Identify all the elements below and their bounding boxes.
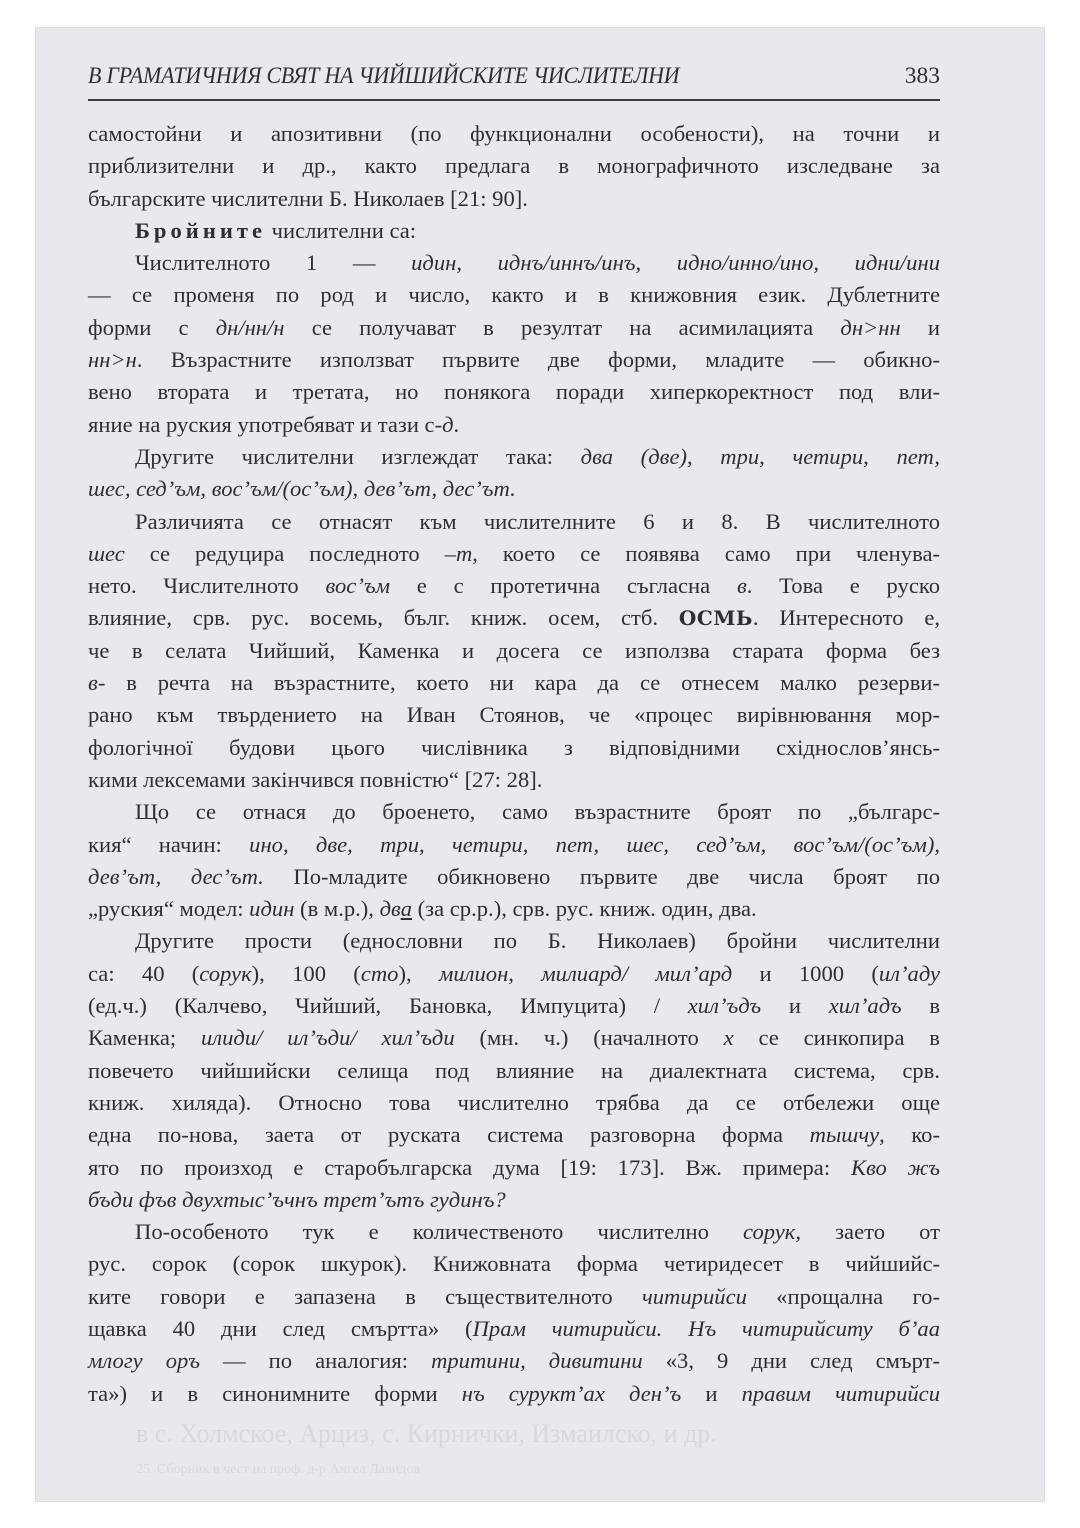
text-run: дн/нн/н	[216, 315, 285, 340]
text-run: кия“ начин:	[88, 832, 249, 857]
show-through-footnote: 25. Сборник в чест на проф. д-р Ангел Да…	[136, 1462, 420, 1478]
text-run: и	[681, 1381, 741, 1406]
text-run: книж. хиляда). Относно това числително т…	[88, 1090, 940, 1115]
text-run: д	[442, 412, 453, 437]
text-line: бъди фъв двухтыс’ъчнъ трет’ътъ гудинъ?	[88, 1184, 940, 1216]
text-run: ято по произход е старобългарска дума [1…	[88, 1155, 851, 1180]
text-line: Числителното 1 — идин, иднъ/иннъ/инъ, ид…	[88, 247, 940, 279]
text-run: „руския“ модел:	[88, 896, 249, 921]
text-run: та») и в синонимните форми	[88, 1381, 462, 1406]
text-line: книж. хиляда). Относно това числително т…	[88, 1087, 940, 1119]
text-run: влияние, срв. рус. восемь, бълг. книж. о…	[88, 605, 679, 630]
text-run: и 1000 (	[732, 961, 879, 986]
text-run: Различията се отнасят към числителните 6…	[135, 509, 940, 534]
text-run: Другите прости (еднословни по Б. Николае…	[135, 928, 940, 953]
text-run: , което се появява само при членува-	[472, 541, 940, 566]
text-run: Другите числителни изглеждат така:	[135, 444, 581, 469]
text-run: се редуцира последното	[125, 541, 445, 566]
text-line: (ед.ч.) (Калчево, Чийший, Бановка, Импуц…	[88, 990, 940, 1022]
text-run: в	[737, 573, 747, 598]
text-run: шес	[88, 541, 125, 566]
text-run: повечето чийшийски селища под влияние на…	[88, 1058, 940, 1083]
text-run: се получават в резултат на асимилацията	[285, 315, 841, 340]
text-run: дв	[380, 896, 401, 921]
text-line: в- в речта на възрастните, което ни кара…	[88, 667, 940, 699]
text-run: ил’аду	[879, 961, 940, 986]
text-run: ), 100 (	[252, 961, 361, 986]
text-run: сто	[361, 961, 399, 986]
paragraph: По-особеното тук е количественото числит…	[88, 1216, 940, 1410]
text-line: По-особеното тук е количественото числит…	[88, 1216, 940, 1248]
text-run: числителни са:	[266, 218, 416, 243]
text-run: в	[902, 993, 940, 1018]
text-run: , ко-	[879, 1122, 940, 1147]
text-run: два (две), три, четири, пет,	[581, 444, 940, 469]
text-run: По-младите обикновено първите две числа …	[264, 864, 940, 889]
text-run: една по-нова, заета от руската система р…	[88, 1122, 810, 1147]
text-line: млогу оръ — по аналогия: тритини, дивити…	[88, 1345, 940, 1377]
text-run: - в речта на възрастните, което ни кара …	[98, 670, 940, 695]
text-run: ОСМЬ	[679, 606, 753, 630]
text-run: в	[88, 670, 98, 695]
text-line: Другите прости (еднословни по Б. Николае…	[88, 925, 940, 957]
text-run: хил’адъ	[829, 993, 902, 1018]
text-run: и	[901, 315, 940, 340]
text-line: Другите числителни изглеждат така: два (…	[88, 441, 940, 473]
text-run: — се променя по род и число, както и в к…	[88, 282, 940, 307]
text-run: , заето от	[795, 1219, 940, 1244]
text-run: яние на руския употребяват и тази с-	[88, 412, 442, 437]
text-run: хил’ъдъ	[688, 993, 761, 1018]
text-line: ките говори е запазена в съществителното…	[88, 1281, 940, 1313]
text-run: приблизителни и др., както предлага в мо…	[88, 153, 940, 178]
text-line: шес, сед’ъм, вос’ъм/(ос’ъм), дев’ът, дес…	[88, 473, 940, 505]
text-line: вено втората и третата, но понякога пора…	[88, 376, 940, 408]
text-run: тышчу	[810, 1122, 879, 1147]
text-line: са: 40 (сорук), 100 (сто), милион, милиа…	[88, 958, 940, 990]
text-run: идин, иднъ/иннъ/инъ, идно/инно/ино, идни…	[411, 250, 940, 275]
paragraph: Що се отнася до броенето, само възрастни…	[88, 796, 940, 925]
text-line: приблизителни и др., както предлага в мо…	[88, 150, 940, 182]
text-run: Кво жъ	[851, 1155, 940, 1180]
text-run: «3, 9 дни след смърт-	[643, 1348, 940, 1373]
text-run: читирийси	[642, 1284, 747, 1309]
text-run: (мн. ч.) (началното	[455, 1025, 724, 1050]
text-run: а	[401, 896, 412, 921]
text-line: шес се редуцира последното –т, което се …	[88, 538, 940, 570]
text-line: кия“ начин: ино, две, три, четири, пет, …	[88, 829, 940, 861]
paragraph: самостойни и апозитивни (по функционални…	[88, 118, 940, 215]
text-line: нн>н. Възрастните използват първите две …	[88, 344, 940, 376]
text-run: Каменка;	[88, 1025, 201, 1050]
text-run: . Интересното е,	[753, 605, 940, 630]
text-run: щавка 40 дни след смъртта» (	[88, 1316, 473, 1341]
text-run: Бройните	[135, 218, 266, 243]
text-line: форми с дн/нн/н се получават в резултат …	[88, 312, 940, 344]
text-line: щавка 40 дни след смъртта» (Прам читирий…	[88, 1313, 940, 1345]
text-run: сорук	[743, 1219, 795, 1244]
text-run: (ед.ч.) (Калчево, Чийший, Бановка, Импуц…	[88, 993, 688, 1018]
text-run: нето. Числителното	[88, 573, 326, 598]
running-title: В ГРАМАТИЧНИЯ СВЯТ НА ЧИЙШИЙСКИТЕ ЧИСЛИТ…	[88, 63, 679, 90]
text-line: кими лексемами закінчився повністю“ [27:…	[88, 764, 940, 796]
text-run: дн>нн	[840, 315, 900, 340]
header-rule	[88, 99, 940, 101]
text-run: фологічної будови цього числівника з від…	[88, 735, 940, 760]
text-run: нн>н	[88, 347, 137, 372]
text-line: яние на руския употребяват и тази с-д.	[88, 409, 940, 441]
text-run: се синкопира в	[734, 1025, 940, 1050]
text-run: «прощална го-	[747, 1284, 940, 1309]
text-line: самостойни и апозитивни (по функционални…	[88, 118, 940, 150]
text-line: ято по произход е старобългарска дума [1…	[88, 1152, 940, 1184]
text-run: (за ср.р.), срв. рус. книж. один, два.	[412, 896, 757, 921]
text-run: че в селата Чийший, Каменка и досега се …	[88, 638, 940, 663]
text-line: рус. сорок (сорок шкурок). Книжовната фо…	[88, 1248, 940, 1280]
text-run: ино, две, три, четири, пет, шес, сед’ъм,…	[249, 832, 940, 857]
text-run: правим читирийси	[742, 1381, 940, 1406]
text-run: –т	[445, 541, 473, 566]
text-run: кими лексемами закінчився повністю“ [27:…	[88, 767, 542, 792]
text-run: бъди фъв двухтыс’ъчнъ трет’ътъ гудинъ?	[88, 1187, 506, 1212]
text-line: Що се отнася до броенето, само възрастни…	[88, 796, 940, 828]
text-run: По-особеното тук е количественото числит…	[135, 1219, 743, 1244]
text-run: идин	[249, 896, 294, 921]
text-run: рано към твърдението на Иван Стоянов, че…	[88, 702, 940, 727]
text-line: българските числителни Б. Николаев [21: …	[88, 183, 940, 215]
text-run: вос’ъм	[326, 573, 391, 598]
text-line: Различията се отнасят към числителните 6…	[88, 506, 940, 538]
text-run: са: 40 (	[88, 961, 199, 986]
text-line: рано към твърдението на Иван Стоянов, че…	[88, 699, 940, 731]
text-line: нето. Числителното вос’ъм е с протетична…	[88, 570, 940, 602]
show-through-text: в с. Холмское, Арциз, с. Кирнички, Измаи…	[136, 1419, 717, 1449]
text-run: самостойни и апозитивни (по функционални…	[88, 121, 940, 146]
text-line: Каменка; илиди/ ил’ъди/ хил’ъди (мн. ч.)…	[88, 1022, 940, 1054]
text-run: х	[724, 1025, 734, 1050]
text-run: е с протетична съгласна	[390, 573, 737, 598]
text-run: нъ сурукт’ах ден’ъ	[462, 1381, 681, 1406]
paragraph: Бройните числителни са:	[88, 215, 940, 247]
text-line: влияние, срв. рус. восемь, бълг. книж. о…	[88, 602, 940, 634]
text-run: — по аналогия:	[200, 1348, 431, 1373]
text-run: рус. сорок (сорок шкурок). Книжовната фо…	[88, 1251, 940, 1276]
text-line: „руския“ модел: идин (в м.р.), два (за с…	[88, 893, 940, 925]
text-run: Прам читирийси. Нъ читирийситу б’аа	[473, 1316, 940, 1341]
text-line: Бройните числителни са:	[88, 215, 940, 247]
text-line: повечето чийшийски селища под влияние на…	[88, 1055, 940, 1087]
running-header: В ГРАМАТИЧНИЯ СВЯТ НА ЧИЙШИЙСКИТЕ ЧИСЛИТ…	[88, 63, 940, 99]
text-line: фологічної будови цього числівника з від…	[88, 732, 940, 764]
text-run: . Това е руско	[747, 573, 940, 598]
text-line: дев’ът, дес’ът. По-младите обикновено пъ…	[88, 861, 940, 893]
text-run: ),	[398, 961, 438, 986]
text-run: млогу оръ	[88, 1348, 200, 1373]
page-number: 383	[905, 63, 940, 90]
text-run: и	[761, 993, 829, 1018]
text-run: Що се отнася до броенето, само възрастни…	[135, 799, 940, 824]
text-run: сорук	[199, 961, 251, 986]
text-run: .	[454, 412, 460, 437]
text-line: та») и в синонимните форми нъ сурукт’ах …	[88, 1378, 940, 1410]
text-run: Числителното 1 —	[135, 250, 411, 275]
text-line: една по-нова, заета от руската система р…	[88, 1119, 940, 1151]
text-line: че в селата Чийший, Каменка и досега се …	[88, 635, 940, 667]
body-text: самостойни и апозитивни (по функционални…	[88, 118, 940, 1410]
paragraph: Числителното 1 — идин, иднъ/иннъ/инъ, ид…	[88, 247, 940, 441]
paragraph: Другите прости (еднословни по Б. Николае…	[88, 925, 940, 1216]
paragraph: Различията се отнасят към числителните 6…	[88, 506, 940, 797]
text-run: милион, милиард/ мил’ард	[439, 961, 732, 986]
text-run: илиди/ ил’ъди/ хил’ъди	[201, 1025, 455, 1050]
text-run: . Възрастните използват първите две форм…	[137, 347, 940, 372]
text-run: дев’ът, дес’ът.	[88, 864, 264, 889]
text-run: шес, сед’ъм, вос’ъм/(ос’ъм), дев’ът, дес…	[88, 476, 516, 501]
text-run: (в м.р.),	[294, 896, 379, 921]
paragraph: Другите числителни изглеждат така: два (…	[88, 441, 940, 506]
text-run: българските числителни Б. Николаев [21: …	[88, 186, 528, 211]
text-run: форми с	[88, 315, 216, 340]
text-run: ките говори е запазена в съществителното	[88, 1284, 642, 1309]
text-line: — се променя по род и число, както и в к…	[88, 279, 940, 311]
text-run: тритини, дивитини	[431, 1348, 643, 1373]
text-run: вено втората и третата, но понякога пора…	[88, 379, 940, 404]
